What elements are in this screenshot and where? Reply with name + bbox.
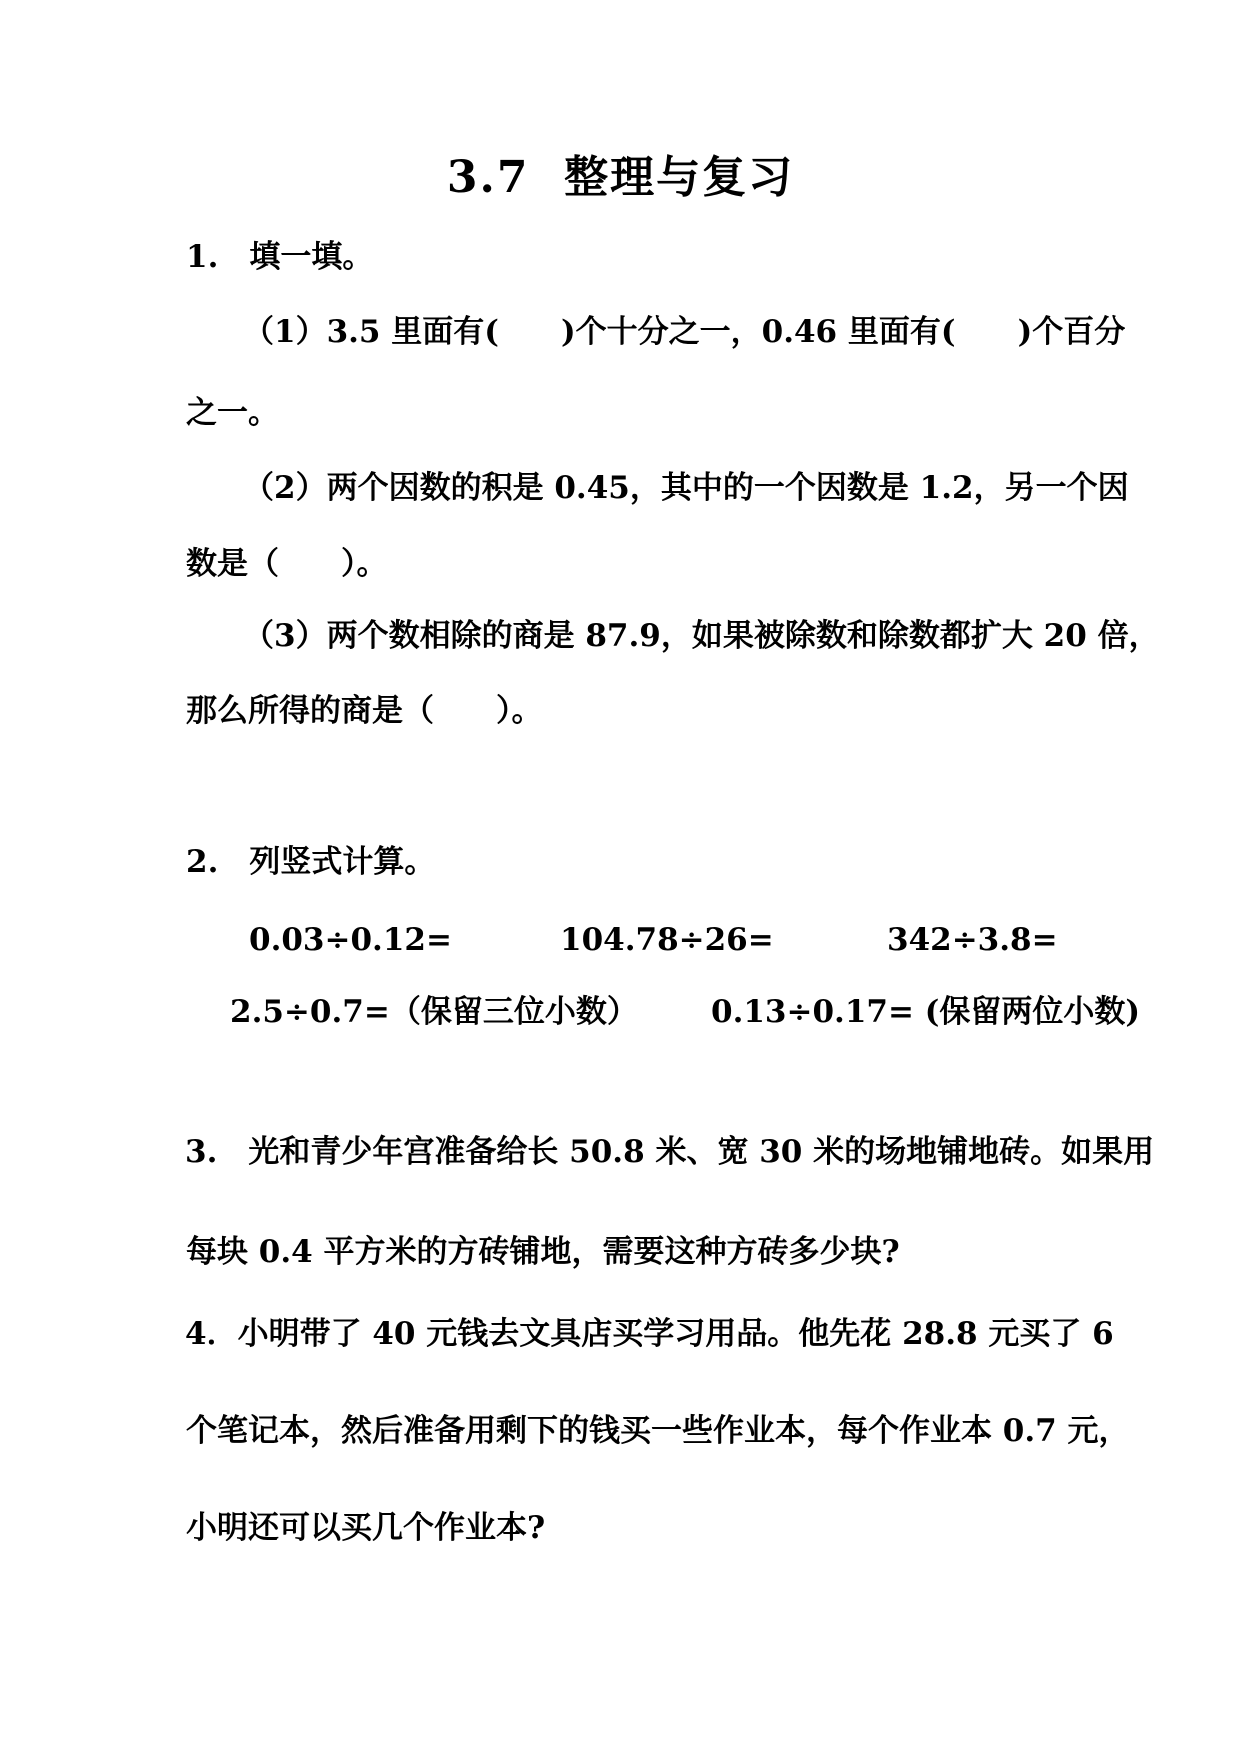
problem-4-line3: 小明还可以买几个作业本? (186, 1511, 545, 1545)
problem-3-line1: 3. 光和青少年宫准备给长 50.8 米、宽 30 米的场地铺地砖。如果用 (185, 1135, 1154, 1169)
expression-5: 0.13÷0.17= (保留两位小数) (711, 995, 1140, 1029)
problem-1-part3-line2: 那么所得的商是（ ）。 (186, 694, 543, 728)
expression-3: 342÷3.8= (887, 923, 1058, 957)
problem-4-line1: 4．小明带了 40 元钱去文具店买学习用品。他先花 28.8 元买了 6 (185, 1317, 1114, 1351)
problem-4-line2: 个笔记本，然后准备用剩下的钱买一些作业本，每个作业本 0.7 元， (186, 1414, 1130, 1448)
expression-4: 2.5÷0.7=（保留三位小数） (230, 995, 638, 1029)
expression-1: 0.03÷0.12= (249, 923, 452, 957)
problem-1-part3-line1: （3）两个数相除的商是 87.9，如果被除数和除数都扩大 20 倍， (243, 619, 1160, 653)
problem-1-part2-line2: 数是（ ）。 (186, 547, 388, 581)
problem-2-expression-row-2: 2.5÷0.7=（保留三位小数） 0.13÷0.17= (保留两位小数) (0, 995, 1241, 1035)
problem-3-line2: 每块 0.4 平方米的方砖铺地，需要这种方砖多少块? (186, 1235, 900, 1269)
problem-2-heading: 2. 列竖式计算。 (186, 845, 435, 879)
problem-1-heading: 1. 填一填。 (186, 240, 373, 274)
problem-2-expression-row-1: 0.03÷0.12= 104.78÷26= 342÷3.8= (0, 923, 1241, 963)
problem-1-part1-line2: 之一。 (186, 396, 279, 430)
page-title: 3.7 整理与复习 (0, 156, 1241, 200)
worksheet-page: 3.7 整理与复习 1. 填一填。 （1）3.5 里面有( )个十分之一，0.4… (0, 0, 1241, 1754)
problem-1-part2-line1: （2）两个因数的积是 0.45，其中的一个因数是 1.2，另一个因 (243, 471, 1129, 505)
problem-1-part1-line1: （1）3.5 里面有( )个十分之一，0.46 里面有( )个百分 (243, 315, 1125, 349)
expression-2: 104.78÷26= (560, 923, 774, 957)
